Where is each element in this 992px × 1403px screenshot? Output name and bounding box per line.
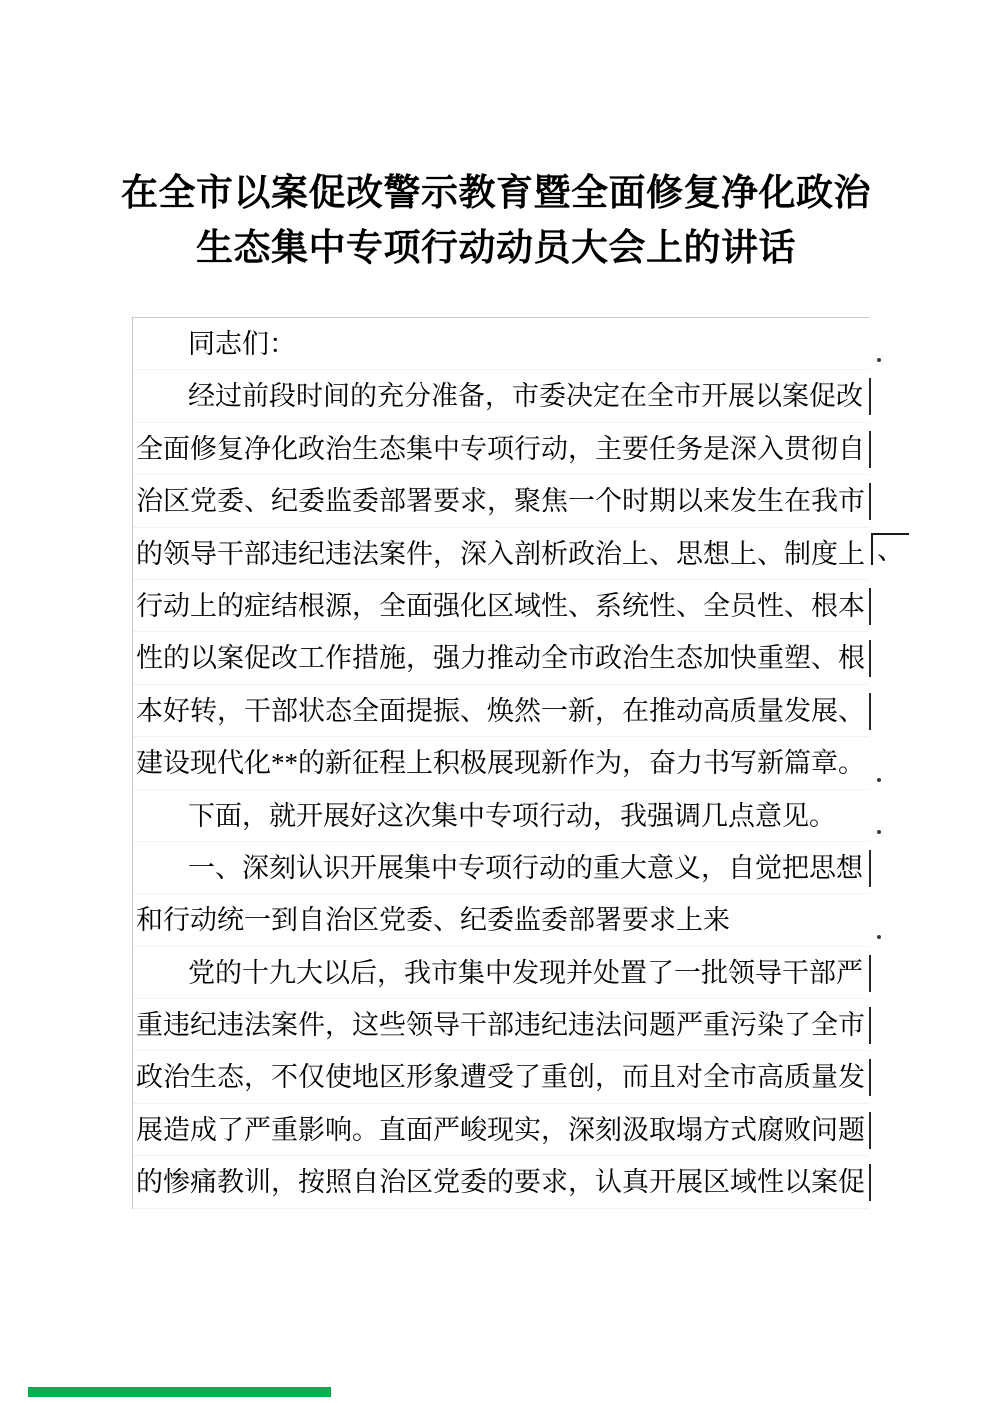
text-line-content: 同志们： [188, 329, 296, 359]
text-line: 同志们： [133, 318, 869, 370]
line-end-mark [869, 1007, 871, 1044]
line-end-mark [869, 378, 871, 415]
text-line: 一、深刻认识开展集中专项行动的重大意义，自觉把思想 [133, 842, 869, 894]
text-line-content: 性的以案促改工作措施，强力推动全市政治生态加快重塑、根 [136, 643, 865, 673]
text-line-content: 下面，就开展好这次集中专项行动，我强调几点意见。 [188, 801, 836, 831]
text-line: 行动上的症结根源，全面强化区域性、系统性、全员性、根本 [133, 580, 869, 632]
margin-dot-mark [877, 830, 881, 834]
text-line: 建设现代化**的新征程上积极展现新作为，奋力书写新篇章。 [133, 737, 869, 789]
text-line-content: 行动上的症结根源，全面强化区域性、系统性、全员性、根本 [136, 591, 865, 621]
title-line-1: 在全市以案促改警示教育暨全面修复净化政治 [0, 166, 992, 221]
text-line-content: 的惨痛教训，按照自治区党委的要求，认真开展区域性以案促 [136, 1167, 865, 1197]
line-end-mark [869, 640, 871, 677]
text-line-content: 经过前段时间的充分准备，市委决定在全市开展以案促改 [188, 381, 863, 411]
text-line-content: 治区党委、纪委监委部署要求，聚焦一个时期以来发生在我市 [136, 486, 865, 516]
overflow-bracket-mark: 、 [871, 533, 909, 565]
line-end-mark [869, 1164, 871, 1201]
margin-dot-mark [877, 358, 881, 362]
text-line-content: 展造成了严重影响。直面严峻现实，深刻汲取塌方式腐败问题 [136, 1115, 865, 1145]
text-line-content: 的领导干部违纪违法案件，深入剖析政治上、思想上、制度上 [136, 539, 865, 569]
document-page: 在全市以案促改警示教育暨全面修复净化政治 生态集中专项行动动员大会上的讲话 同志… [0, 0, 992, 1403]
text-line: 的领导干部违纪违法案件，深入剖析政治上、思想上、制度上、 [133, 528, 869, 580]
text-line-content: 党的十九大以后，我市集中发现并处置了一批领导干部严 [188, 958, 863, 988]
text-line-content: 本好转，干部状态全面提振、焕然一新，在推动高质量发展、 [136, 696, 865, 726]
text-line: 展造成了严重影响。直面严峻现实，深刻汲取塌方式腐败问题 [133, 1104, 869, 1156]
text-line-content: 政治生态，不仅使地区形象遭受了重创，而且对全市高质量发 [136, 1062, 865, 1092]
text-line-content: 全面修复净化政治生态集中专项行动，主要任务是深入贯彻自 [136, 434, 865, 464]
title-line-2: 生态集中专项行动动员大会上的讲话 [0, 221, 992, 276]
text-line: 性的以案促改工作措施，强力推动全市政治生态加快重塑、根 [133, 632, 869, 684]
text-line: 经过前段时间的充分准备，市委决定在全市开展以案促改 [133, 370, 869, 422]
text-line-content: 重违纪违法案件，这些领导干部违纪违法问题严重污染了全市 [136, 1010, 865, 1040]
text-line: 和行动统一到自治区党委、纪委监委部署要求上来 [133, 894, 869, 946]
line-end-mark [869, 483, 871, 520]
text-line: 政治生态，不仅使地区形象遭受了重创，而且对全市高质量发 [133, 1051, 869, 1103]
text-line-content: 建设现代化**的新征程上积极展现新作为，奋力书写新篇章。 [136, 748, 865, 778]
progress-bar [28, 1387, 331, 1397]
text-line: 全面修复净化政治生态集中专项行动，主要任务是深入贯彻自 [133, 423, 869, 475]
text-line: 的惨痛教训，按照自治区党委的要求，认真开展区域性以案促 [133, 1156, 869, 1208]
text-line: 党的十九大以后，我市集中发现并处置了一批领导干部严 [133, 947, 869, 999]
line-end-mark [869, 1059, 871, 1096]
margin-dot-mark [877, 778, 881, 782]
line-end-mark [869, 431, 871, 468]
body-text-block: 同志们：经过前段时间的充分准备，市委决定在全市开展以案促改全面修复净化政治生态集… [132, 317, 869, 1209]
text-line-content: 和行动统一到自治区党委、纪委监委部署要求上来 [136, 905, 730, 935]
text-line: 治区党委、纪委监委部署要求，聚焦一个时期以来发生在我市 [133, 475, 869, 527]
line-end-mark [869, 850, 871, 887]
text-line: 本好转，干部状态全面提振、焕然一新，在推动高质量发展、 [133, 685, 869, 737]
line-end-mark [869, 588, 871, 625]
line-end-mark [869, 693, 871, 730]
text-line-content: 一、深刻认识开展集中专项行动的重大意义，自觉把思想 [188, 853, 863, 883]
text-line: 重违纪违法案件，这些领导干部违纪违法问题严重污染了全市 [133, 999, 869, 1051]
line-end-mark [869, 1112, 871, 1149]
document-title: 在全市以案促改警示教育暨全面修复净化政治 生态集中专项行动动员大会上的讲话 [0, 166, 992, 276]
margin-dot-mark [877, 935, 881, 939]
text-line: 下面，就开展好这次集中专项行动，我强调几点意见。 [133, 790, 869, 842]
line-end-mark [869, 955, 871, 992]
